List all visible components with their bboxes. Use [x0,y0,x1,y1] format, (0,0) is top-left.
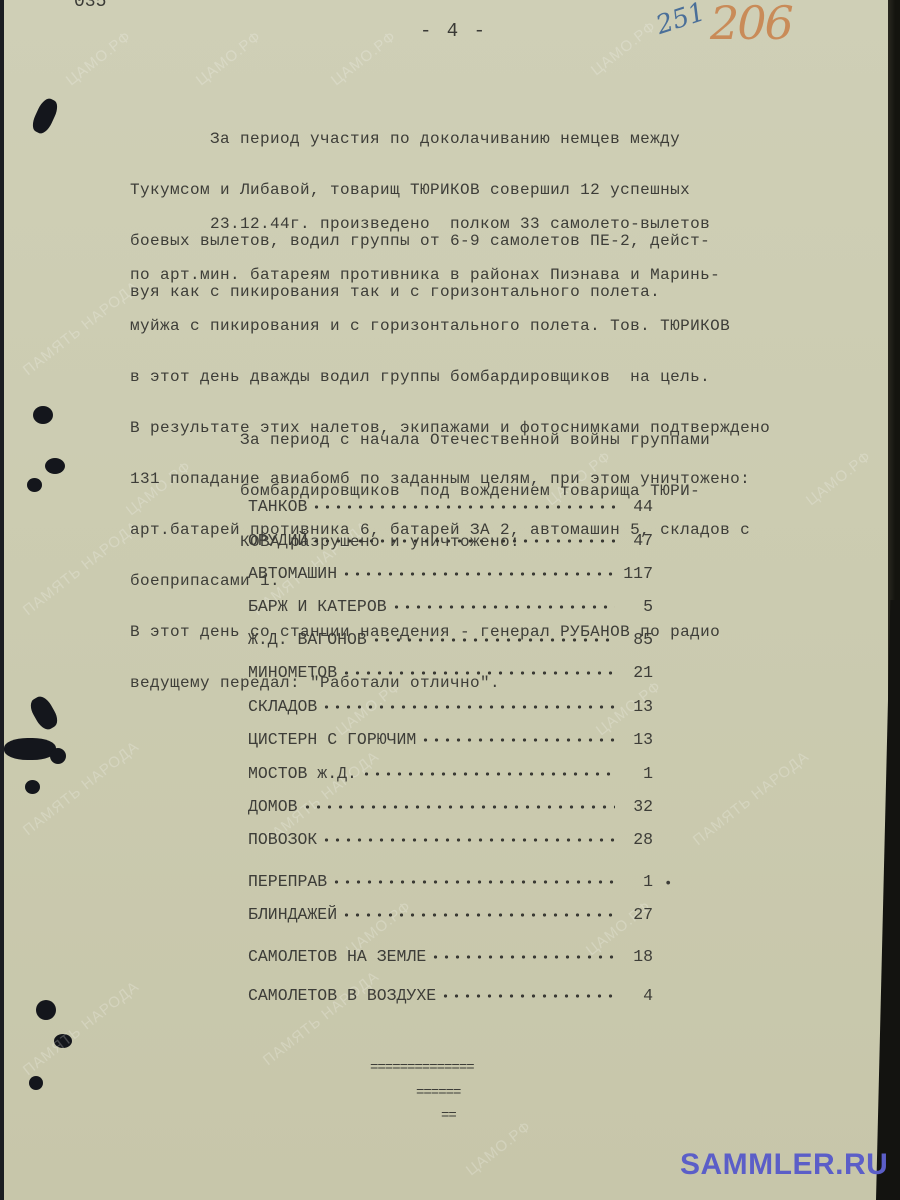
list-item: ПЕРЕПРАВ1 [248,872,653,891]
dot-leader [341,571,615,577]
item-label: ТАНКОВ [248,497,307,516]
dot-leader [321,837,615,843]
item-label: МОСТОВ ж.Д. [248,764,357,783]
corner-mark: 035 [74,0,106,12]
item-label: ДОМОВ [248,797,298,816]
item-value: 5 [619,597,653,616]
list-item: БАРЖ И КАТЕРОВ5 [248,597,653,616]
list-item: БЛИНДАЖЕЙ27 [248,905,653,924]
item-value: 85 [619,630,653,649]
handwritten-number-orange: 206 [710,0,792,50]
dot-leader [341,912,615,918]
closing-rule-short: == [441,1108,456,1124]
item-value: 44 [619,497,653,516]
punch-hole [50,748,66,764]
dot-leader [341,670,615,676]
punch-hole [25,780,40,794]
dot-leader [440,993,615,999]
binding-edge [0,0,4,1200]
list-item: САМОЛЕТОВ НА ЗЕМЛЕ18 [248,947,653,966]
item-value: 18 [619,947,653,966]
item-value: 32 [619,797,653,816]
item-label: ЦИСТЕРН С ГОРЮЧИМ [248,730,416,749]
dot-leader [311,538,615,544]
item-value: 13 [619,697,653,716]
item-label: БЛИНДАЖЕЙ [248,905,337,924]
item-value: 27 [619,905,653,924]
item-value: 4 [619,986,653,1005]
watermark-project: ПАМЯТЬ НАРОДА [260,968,383,1069]
text-line: За период с начала Отечественной войны г… [240,432,710,449]
item-value: 13 [619,730,653,749]
punch-hole [29,1076,43,1090]
punch-hole [36,1000,56,1020]
page-number: - 4 - [420,20,487,42]
dot-leader [361,771,615,777]
dot-leader [371,637,615,643]
dot-leader [430,954,615,960]
list-item: ЦИСТЕРН С ГОРЮЧИМ13 [248,730,653,749]
text-line: 23.12.44г. произведено полком 33 самолет… [130,216,770,233]
watermark-project: ПАМЯТЬ НАРОДА [20,978,143,1079]
item-value: 47 [619,531,653,550]
watermark-project: ПАМЯТЬ НАРОДА [20,278,143,379]
list-item: ОРУДИЙ47 [248,531,653,550]
item-label: САМОЛЕТОВ НА ЗЕМЛЕ [248,947,426,966]
paragraph-war-totals-intro: За период с начала Отечественной войны г… [240,398,710,585]
list-item: ДОМОВ32 [248,797,653,816]
list-item: СКЛАДОВ13 [248,697,653,716]
list-item: САМОЛЕТОВ В ВОЗДУХЕ4 [248,986,653,1005]
text-line: по арт.мин. батареям противника в района… [130,267,770,284]
punch-hole [33,406,53,424]
dot-leader [321,704,615,710]
item-label: ОРУДИЙ [248,531,307,550]
list-item: Ж.Д. ВАГОНОВ85 [248,630,653,649]
item-label: ПОВОЗОК [248,830,317,849]
text-line: в этот день дважды водил группы бомбарди… [130,369,770,386]
list-item: ТАНКОВ44 [248,497,653,516]
watermark-archive: ЦАМО.РФ [328,28,400,89]
punch-hole [54,1034,72,1048]
item-label: БАРЖ И КАТЕРОВ [248,597,387,616]
punch-hole [29,96,61,136]
watermark-archive: ЦАМО.РФ [803,448,875,509]
document-page: ЦАМО.РФ ЦАМО.РФ ЦАМО.РФ ЦАМО.РФ ЦАМО.РФ … [0,0,900,1200]
source-watermark: SAMMLER.RU [680,1148,888,1182]
list-item: МОСТОВ ж.Д.1 [248,764,653,783]
punch-hole [27,693,61,732]
stray-mark: • [664,876,672,892]
closing-rule-long: ============== [370,1060,474,1076]
text-line: муйжа с пикирования и с горизонтального … [130,318,770,335]
dot-leader [311,504,615,510]
item-label: МИНОМЕТОВ [248,663,337,682]
watermark-archive: ЦАМО.РФ [463,1118,535,1179]
item-value: 28 [619,830,653,849]
watermark-project: ПАМЯТЬ НАРОДА [20,518,143,619]
watermark-project: ПАМЯТЬ НАРОДА [690,748,813,849]
item-value: 117 [619,564,653,583]
list-item: ПОВОЗОК28 [248,830,653,849]
watermark-archive: ЦАМО.РФ [588,18,660,79]
item-value: 1 [619,764,653,783]
handwritten-number-blue: 251 [653,0,709,41]
dot-leader [391,604,615,610]
punch-hole [45,458,65,474]
item-value: 21 [619,663,653,682]
item-value: 1 [619,872,653,891]
item-label: СКЛАДОВ [248,697,317,716]
punch-hole [27,478,42,492]
item-label: Ж.Д. ВАГОНОВ [248,630,367,649]
item-label: ПЕРЕПРАВ [248,872,327,891]
text-line: За период участия по доколачиванию немце… [130,131,710,148]
dot-leader [420,737,615,743]
item-label: АВТОМАШИН [248,564,337,583]
dot-leader [302,804,615,810]
list-item: АВТОМАШИН117 [248,564,653,583]
punch-hole [4,738,56,760]
watermark-archive: ЦАМО.РФ [63,28,135,89]
watermark-archive: ЦАМО.РФ [193,28,265,89]
list-item: МИНОМЕТОВ21 [248,663,653,682]
dot-leader [331,879,615,885]
closing-rule-medium: ====== [416,1085,460,1101]
item-label: САМОЛЕТОВ В ВОЗДУХЕ [248,986,436,1005]
